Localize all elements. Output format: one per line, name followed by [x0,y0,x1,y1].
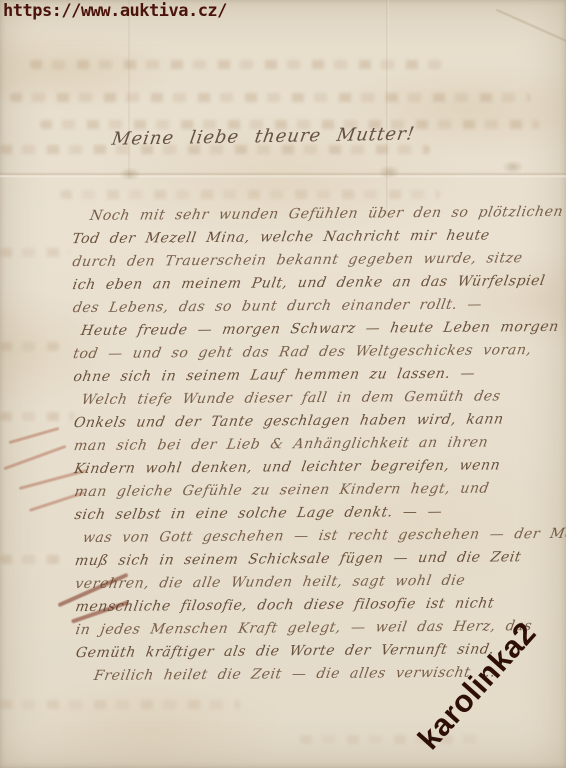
bleedthrough-ghost-line [0,700,240,709]
scanned-letter-page: https://www.auktiva.cz/ Meine liebe theu… [0,0,566,768]
crease-crumple-mark [119,167,141,181]
corner-wrinkle [496,9,566,49]
auction-url-watermark: https://www.auktiva.cz/ [3,1,227,21]
letter-body: Noch mit sehr wunden Gefühlen über den s… [72,201,562,688]
letter-salutation: Meine liebe theure Mutter! [110,123,433,150]
bleedthrough-ghost-line [30,60,450,69]
bleedthrough-ghost-line [0,248,70,257]
crease-crumple-mark [378,165,400,179]
bleedthrough-ghost-line [60,190,440,199]
horizontal-fold-crease [0,172,566,178]
vertical-fold-crease-faint [128,0,130,178]
bleedthrough-ghost-line [0,412,75,421]
bleedthrough-ghost-line [0,555,65,564]
crease-crumple-mark [502,160,524,174]
ink-bleed-mark [3,445,66,470]
bleedthrough-ghost-line [0,342,60,351]
vertical-fold-crease [386,0,389,215]
ink-bleed-mark [9,427,60,444]
bleedthrough-ghost-line [10,93,530,102]
